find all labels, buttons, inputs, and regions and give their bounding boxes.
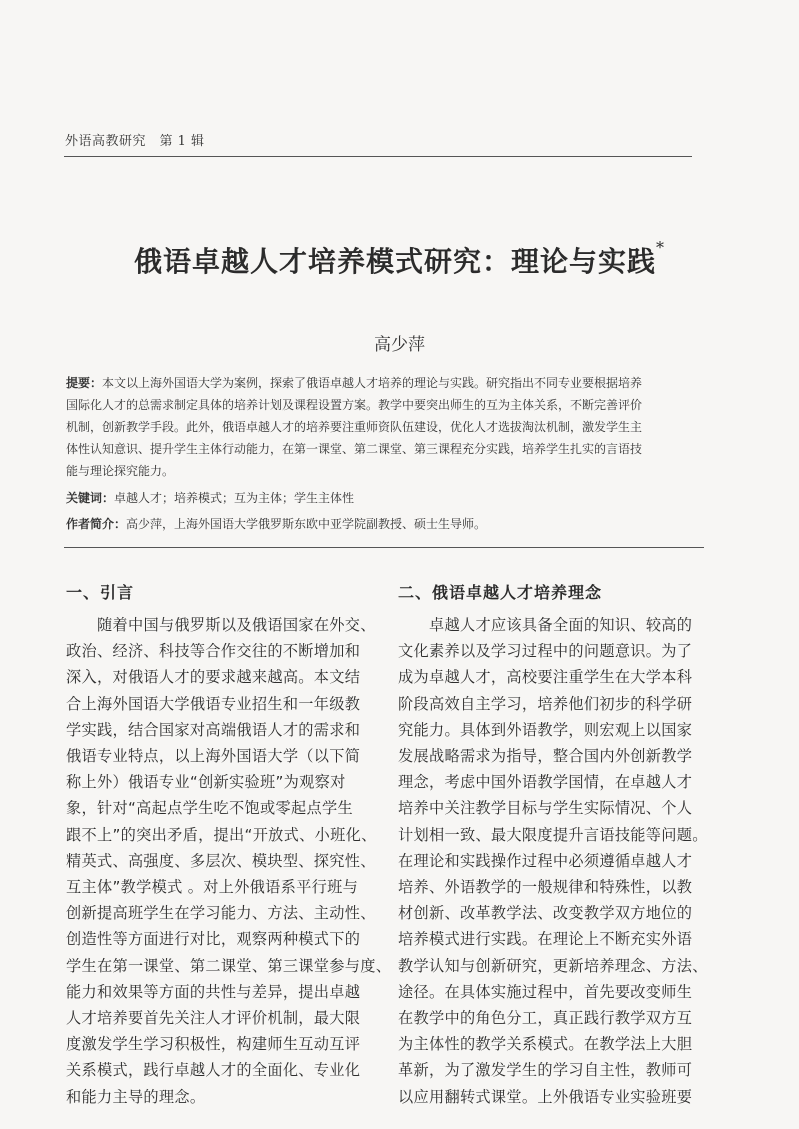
running-head: 外语高教研究 第 1 辑 — [65, 130, 205, 149]
abstract-line: 机制，创新教学手段。此外，俄语卓越人才的培养要注重师资队伍建设，优化人才选拔淘汰… — [66, 416, 716, 438]
section-body-intro: 随着中国与俄罗斯以及俄语国家在外交、 政治、经济、科技等合作交往的不断增加和 深… — [66, 612, 384, 1110]
paper-title-text: 俄语卓越人才培养模式研究：理论与实践 — [134, 245, 656, 278]
author-bio: 作者简介：高少萍，上海外国语大学俄罗斯东欧中亚学院副教授、硕士生导师。 — [66, 515, 716, 532]
keywords: 关键词：卓越人才；培养模式；互为主体；学生主体性 — [66, 489, 716, 506]
abstract-line: 能与理论探究能力。 — [66, 460, 716, 482]
abstract-line: 提要：本文以上海外国语大学为案例，探索了俄语卓越人才培养的理论与实践。研究指出不… — [66, 372, 716, 394]
author-name: 高少萍 — [0, 330, 799, 355]
section-heading-intro: 一、引言 — [66, 580, 384, 606]
section-divider — [64, 547, 704, 548]
author-bio-label: 作者简介： — [66, 517, 126, 531]
keywords-label: 关键词： — [66, 491, 114, 505]
keywords-text: 卓越人才；培养模式；互为主体；学生主体性 — [114, 491, 354, 505]
section-heading-concept: 二、俄语卓越人才培养理念 — [398, 580, 716, 606]
abstract-line: 体性认知意识、提升学生主体行动能力，在第一课堂、第二课堂、第三课程充分实践，培养… — [66, 438, 716, 460]
header-rule — [64, 156, 692, 157]
author-bio-text: 高少萍，上海外国语大学俄罗斯东欧中亚学院副教授、硕士生导师。 — [126, 517, 486, 531]
column-right: 二、俄语卓越人才培养理念 卓越人才应该具备全面的知识、较高的 文化素养以及学习过… — [398, 580, 716, 1110]
abstract-line: 国际化人才的总需求制定具体的培养计划及课程设置方案。教学中要突出师生的互为主体关… — [66, 394, 716, 416]
paper-title: 俄语卓越人才培养模式研究：理论与实践* — [0, 240, 799, 280]
abstract: 提要：本文以上海外国语大学为案例，探索了俄语卓越人才培养的理论与实践。研究指出不… — [66, 372, 716, 482]
abstract-label: 提要： — [66, 376, 102, 390]
column-left: 一、引言 随着中国与俄罗斯以及俄语国家在外交、 政治、经济、科技等合作交往的不断… — [66, 580, 384, 1110]
section-body-concept: 卓越人才应该具备全面的知识、较高的 文化素养以及学习过程中的问题意识。为了 成为… — [398, 612, 716, 1110]
title-footnote-mark: * — [656, 238, 665, 257]
